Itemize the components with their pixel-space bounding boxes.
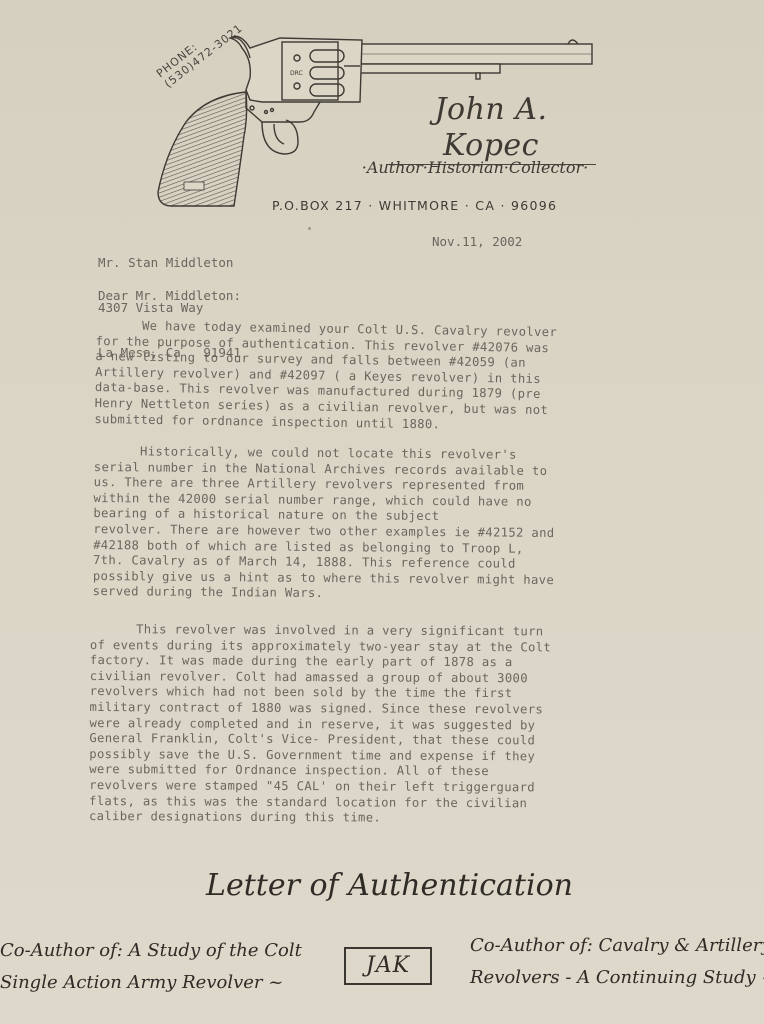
coauthor-left-line-1: Co-Author of: A Study of the Colt bbox=[0, 935, 302, 967]
body-paragraph-3: This revolver was involved in a very sig… bbox=[89, 622, 551, 827]
coauthor-credit-left: Co-Author of: A Study of the Colt Single… bbox=[0, 935, 302, 999]
author-subtitle: ·Author·Historian·Collector· bbox=[340, 158, 610, 177]
coauthor-right-line-1: Co-Author of: Cavalry & Artillery bbox=[470, 930, 764, 962]
letterhead: DRC PHONE: (530)472-3021 John A. Kopec ·… bbox=[150, 30, 610, 220]
coauthor-right-line-2: Revolvers - A Continuing Study ~ bbox=[470, 962, 764, 994]
mailing-address: P.O.BOX 217 · WHITMORE · CA · 96096 bbox=[272, 198, 557, 213]
paper-speck bbox=[308, 227, 311, 230]
body-paragraph-2: Historically, we could not locate this r… bbox=[93, 444, 556, 604]
svg-text:DRC: DRC bbox=[290, 70, 303, 77]
coauthor-left-line-2: Single Action Army Revolver ~ bbox=[0, 967, 302, 999]
body-paragraph-1: We have today examined your Colt U.S. Ca… bbox=[94, 318, 557, 434]
letter-page: DRC PHONE: (530)472-3021 John A. Kopec ·… bbox=[0, 0, 764, 1024]
salutation: Dear Mr. Middleton: bbox=[98, 288, 241, 303]
recipient-name: Mr. Stan Middleton bbox=[98, 255, 241, 270]
letter-date: Nov.11, 2002 bbox=[432, 234, 522, 249]
author-name: John A. Kopec bbox=[386, 92, 596, 165]
coauthor-credit-right: Co-Author of: Cavalry & Artillery Revolv… bbox=[470, 930, 764, 994]
document-title: Letter of Authentication bbox=[0, 868, 764, 903]
monogram-seal: JAK bbox=[344, 947, 432, 985]
